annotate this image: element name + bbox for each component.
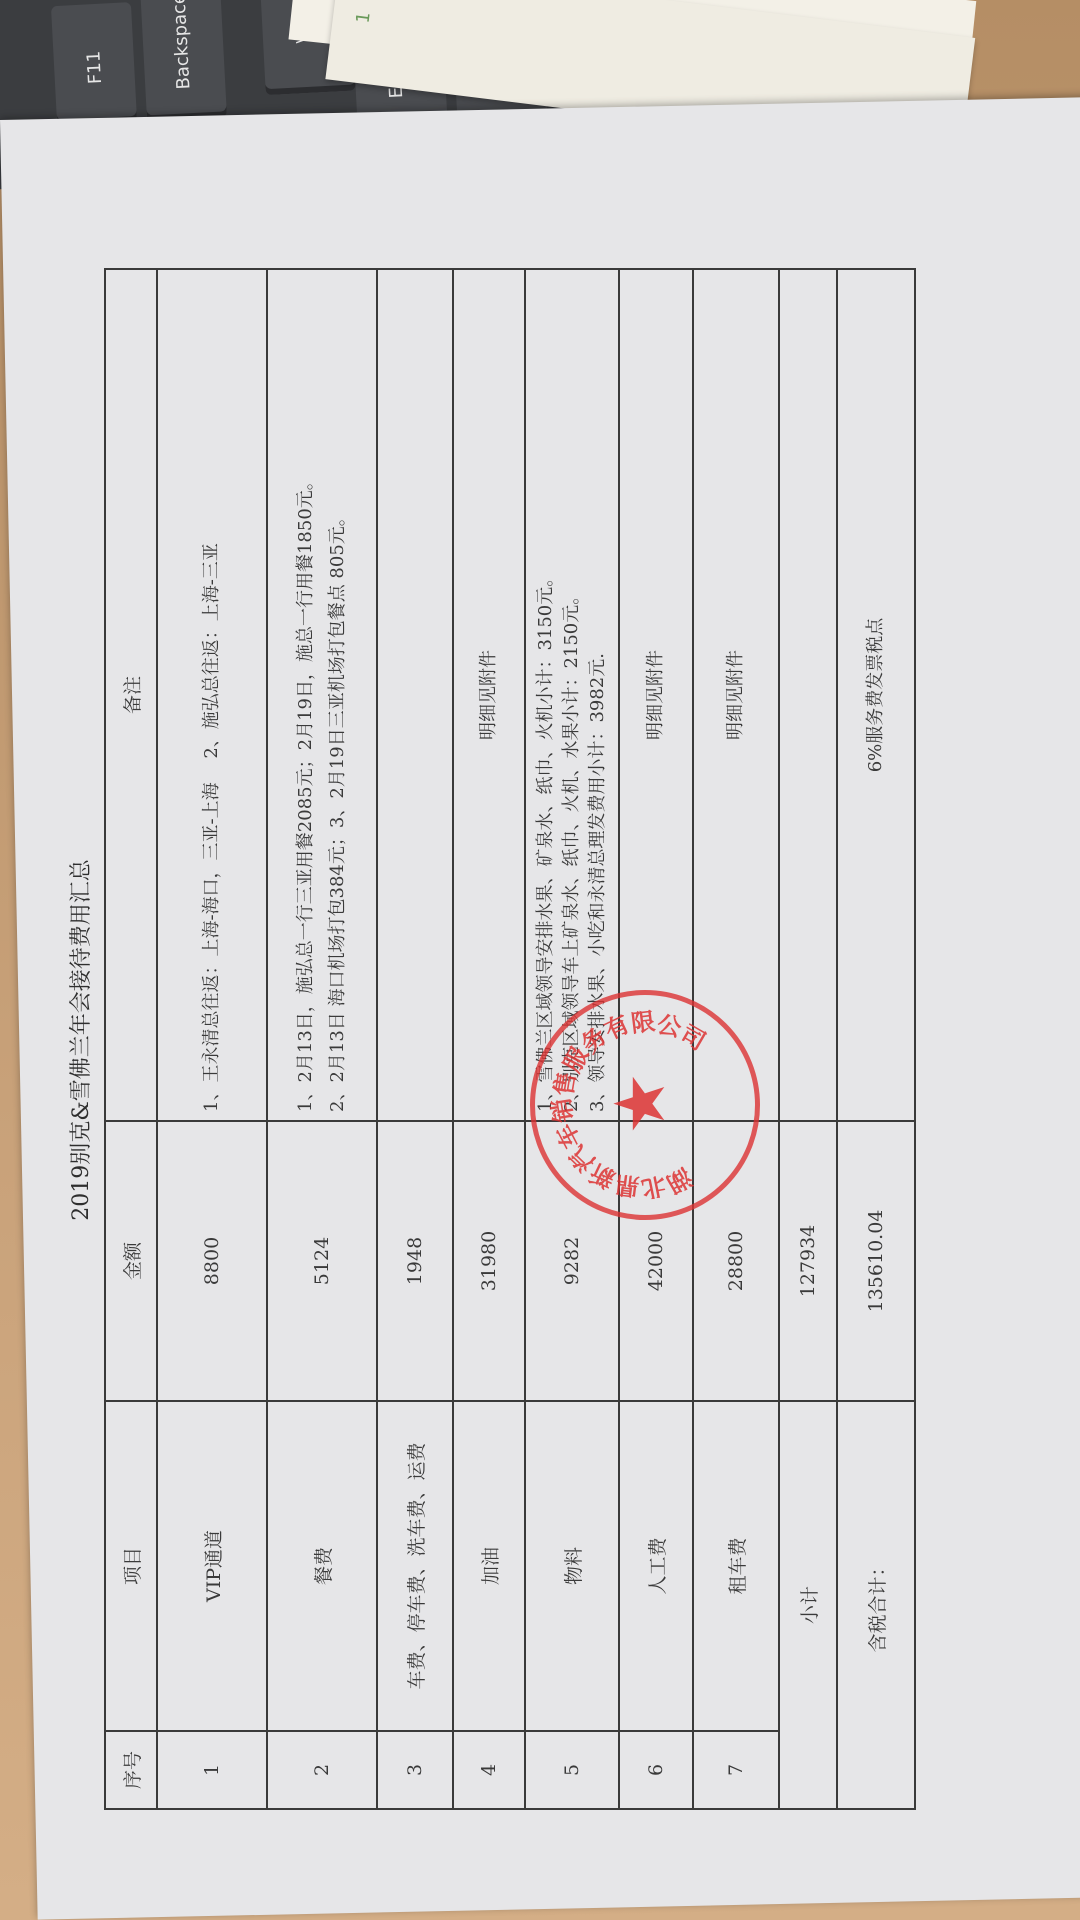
note-line: 明细见附件 (720, 278, 752, 1112)
row-no: 3 (377, 1731, 453, 1809)
row-amount: 5124 (267, 1121, 377, 1401)
row-note: 1、雪佛兰区域领导安排水果、矿泉水、纸巾、火机小计：3150元。 2、别克区域领… (525, 269, 619, 1121)
row-amount: 8800 (157, 1121, 267, 1401)
total-amount: 135610.04 (837, 1121, 915, 1401)
notes-digits: 1 2 3 4 5 6 7 8 9 0 A B C D (353, 0, 449, 25)
key-backspace: Backspace (140, 0, 227, 121)
row-no: 7 (693, 1731, 779, 1809)
document-title: 2019别克&雪佛兰年会接待费用汇总 (60, 270, 104, 1810)
table-row: 4 加油 31980 明细见附件 (453, 269, 525, 1809)
seal-char: 限 (629, 1001, 657, 1039)
row-note: 1、王永清总往返：上海-海口，三亚-上海 2、施弘总往返：上海-三亚 (157, 269, 267, 1121)
header-item: 项目 (105, 1401, 157, 1731)
company-seal: ★ 湖北鼎新汽车销售服务有限公司 (530, 990, 760, 1220)
header-amount: 金额 (105, 1121, 157, 1401)
row-no: 2 (267, 1731, 377, 1809)
seal-char: 鼎 (613, 1169, 641, 1207)
row-no: 5 (525, 1731, 619, 1809)
total-label: 含税合计： (837, 1401, 915, 1809)
row-amount: 31980 (453, 1121, 525, 1401)
row-item: 车费、停车费、洗车费、运费 (377, 1401, 453, 1731)
note-line: 1、王永清总往返：上海-海口，三亚-上海 2、施弘总往返：上海-三亚 (196, 278, 228, 1112)
table-row: 3 车费、停车费、洗车费、运费 1948 (377, 269, 453, 1809)
table-row: 1 VIP通道 8800 1、王永清总往返：上海-海口，三亚-上海 2、施弘总往… (157, 269, 267, 1809)
key-f11: F11 (51, 2, 137, 126)
row-no: 1 (157, 1731, 267, 1809)
subtotal-row: 小计 127934 (779, 269, 837, 1809)
row-item: 餐费 (267, 1401, 377, 1731)
row-note: 明细见附件 (453, 269, 525, 1121)
row-no: 6 (619, 1731, 693, 1809)
table-row: 2 餐费 5124 1、2月13日，施弘总一行三亚用餐2085元；2月19日，施… (267, 269, 377, 1809)
row-note: 明细见附件 (693, 269, 779, 1121)
row-amount: 1948 (377, 1121, 453, 1401)
note-line: 2、2月13日 海口机场打包384元；3、2月19日三亚机场打包餐点 805元。 (322, 278, 354, 1112)
row-note: 1、2月13日，施弘总一行三亚用餐2085元；2月19日，施总一行用餐1850元… (267, 269, 377, 1121)
row-item: VIP通道 (157, 1401, 267, 1731)
row-item: 物料 (525, 1401, 619, 1731)
row-item: 加油 (453, 1401, 525, 1731)
header-note: 备注 (105, 269, 157, 1121)
total-note: 6%服务费发票税点 (837, 269, 915, 1121)
subtotal-note (779, 269, 837, 1121)
note-line: 1、雪佛兰区域领导安排水果、矿泉水、纸巾、火机小计：3150元。 (533, 278, 559, 1112)
row-no: 4 (453, 1731, 525, 1809)
total-row: 含税合计： 135610.04 6%服务费发票税点 (837, 269, 915, 1809)
expense-document: 2019别克&雪佛兰年会接待费用汇总 序号 项目 金额 备注 1 VIP通道 8… (60, 270, 840, 1810)
note-line: 3、领导安排水果、小吃和永清总理发费用小计：3982元. (585, 278, 611, 1112)
row-note (377, 269, 453, 1121)
seal-text: 湖北鼎新汽车销售服务有限公司 (535, 995, 755, 1215)
subtotal-label: 小计 (779, 1401, 837, 1809)
row-item: 租车费 (693, 1401, 779, 1731)
note-line: 明细见附件 (473, 278, 505, 1112)
row-item: 人工费 (619, 1401, 693, 1731)
note-line: 2、别克区域领导车上矿泉水、纸巾、火机、水果小计：2150元。 (559, 278, 585, 1112)
header-no: 序号 (105, 1731, 157, 1809)
subtotal-amount: 127934 (779, 1121, 837, 1401)
expense-table: 序号 项目 金额 备注 1 VIP通道 8800 1、王永清总往返：上海-海口，… (104, 268, 916, 1810)
table-header-row: 序号 项目 金额 备注 (105, 269, 157, 1809)
note-line: 1、2月13日，施弘总一行三亚用餐2085元；2月19日，施总一行用餐1850元… (290, 278, 322, 1112)
note-line: 明细见附件 (640, 278, 672, 1112)
